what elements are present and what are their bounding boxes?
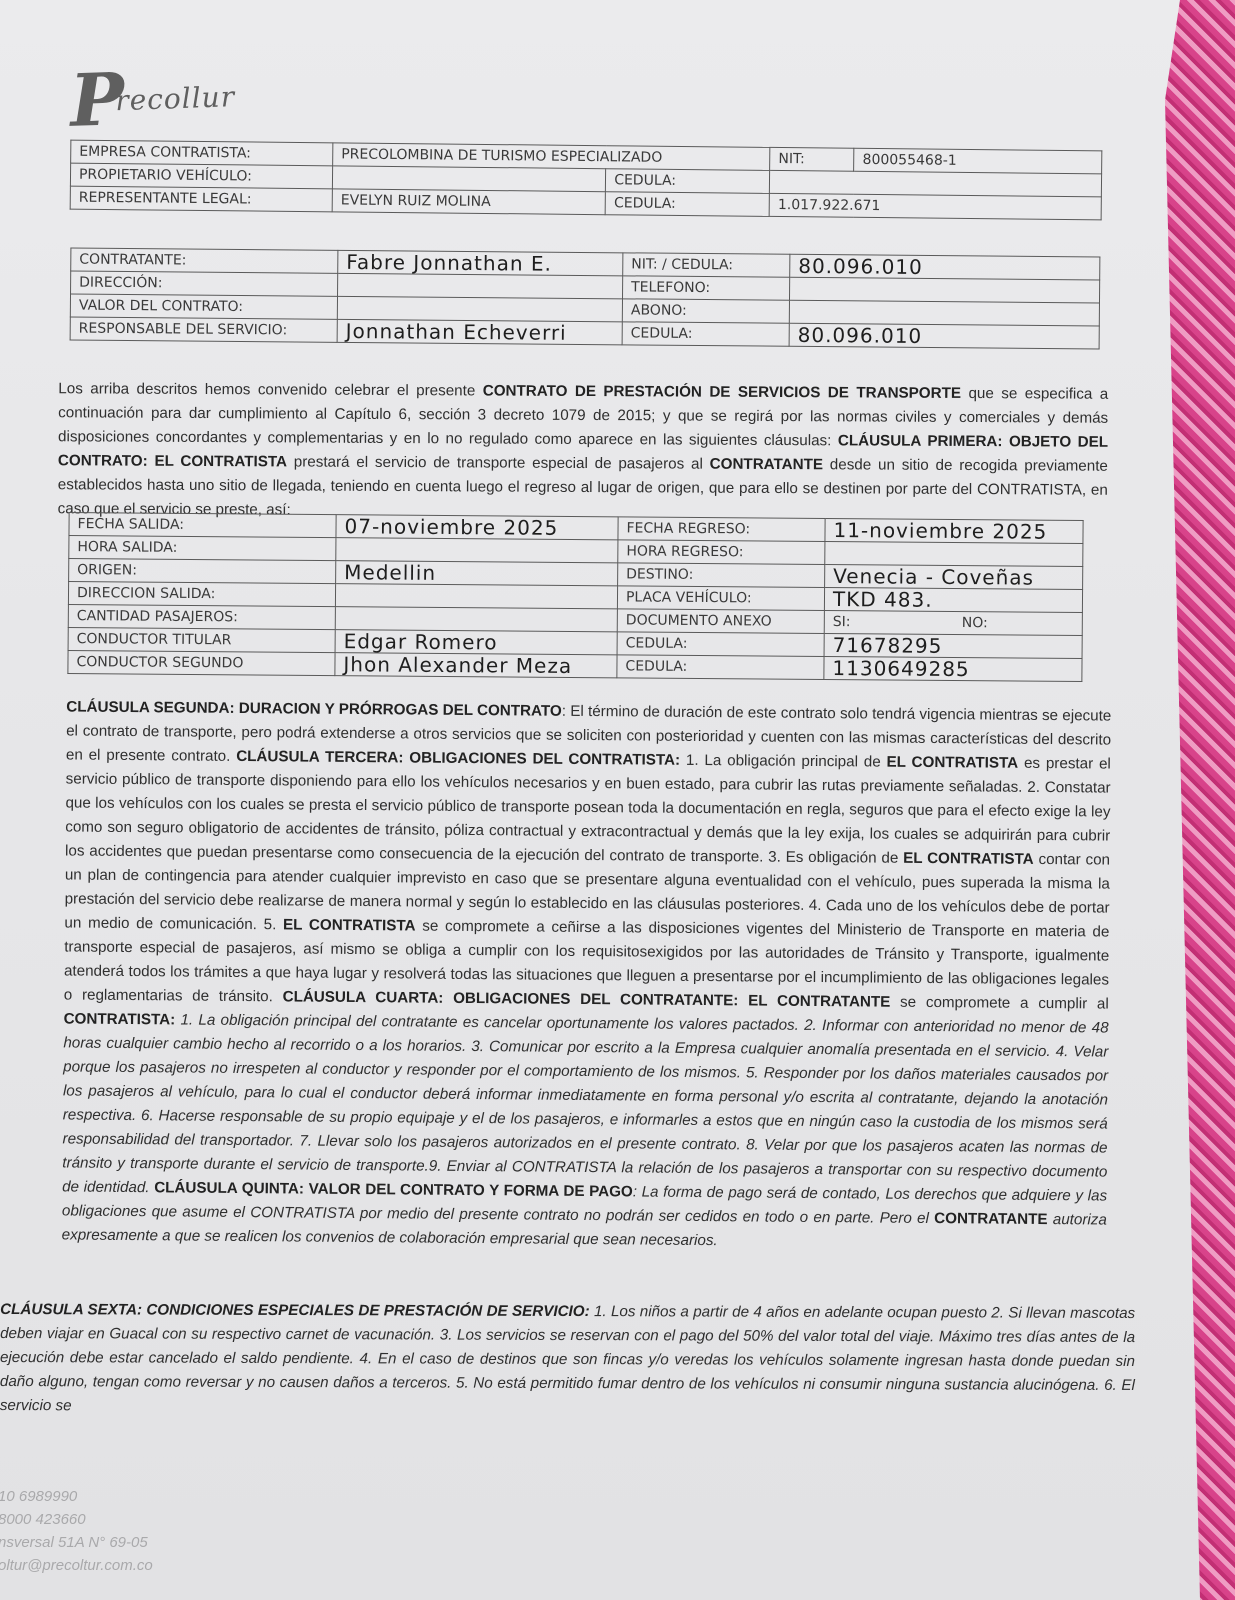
footer-phone-2: 8000 423660 — [0, 1508, 153, 1531]
footer-email: oltur@precoltur.com.co — [0, 1554, 153, 1577]
handwritten-value: Fabre Jonnathan E. — [338, 250, 623, 275]
field-value — [789, 300, 1099, 326]
field-label: CANTIDAD PASAJEROS: — [68, 605, 335, 630]
footer-contact: 10 6989990 8000 423660 nsversal 51A N° 6… — [0, 1485, 153, 1577]
clause-sixth: CLÁUSULA SEXTA: CONDICIONES ESPECIALES D… — [0, 1298, 1135, 1422]
handwritten-value — [336, 538, 618, 563]
field-label: CONDUCTOR TITULAR — [68, 628, 335, 653]
field-label: TELEFONO: — [622, 276, 789, 300]
field-label: DESTINO: — [618, 563, 825, 588]
field-label: EMPRESA CONTRATISTA: — [71, 140, 333, 166]
field-label: FECHA REGRESO: — [618, 517, 825, 542]
clause-title: CLÁUSULA TERCERA: OBLIGACIONES DEL CONTR… — [236, 748, 680, 769]
field-label: REPRESENTANTE LEGAL: — [70, 186, 332, 212]
field-value — [338, 273, 623, 298]
company-info-table: EMPRESA CONTRATISTA: PRECOLOMBINA DE TUR… — [70, 140, 1103, 221]
handwritten-value — [335, 607, 617, 632]
footer-address: nsversal 51A N° 69-05 — [0, 1531, 153, 1554]
field-label: VALOR DEL CONTRATO: — [70, 294, 337, 319]
field-value: 1.017.922.671 — [769, 193, 1101, 219]
field-value — [332, 166, 605, 192]
field-value — [789, 277, 1099, 303]
handwritten-value: 80.096.010 — [790, 254, 1100, 280]
clause-title: CLÁUSULA SEGUNDA: DURACION Y PRÓRROGAS D… — [66, 698, 562, 719]
field-label: CONTRATANTE: — [71, 248, 338, 273]
clauses-section: CLÁUSULA SEGUNDA: DURACION Y PRÓRROGAS D… — [62, 695, 1112, 1256]
clause-title: CLÁUSULA SEXTA: CONDICIONES ESPECIALES D… — [0, 1301, 590, 1320]
handwritten-value — [335, 584, 617, 609]
field-label: RESPONSABLE DEL SERVICIO: — [70, 317, 337, 342]
field-label: PROPIETARIO VEHÍCULO: — [70, 163, 332, 189]
field-value — [337, 296, 622, 321]
field-label: HORA SALIDA: — [69, 536, 336, 561]
field-label: NIT: / CEDULA: — [623, 253, 790, 277]
handwritten-value: Edgar Romero — [335, 630, 617, 655]
clause-title: CLÁUSULA QUINTA: VALOR DEL CONTRATO Y FO… — [154, 1179, 633, 1200]
company-logo: Precollur — [69, 52, 237, 143]
contract-page: Precollur EMPRESA CONTRATISTA: PRECOLOMB… — [0, 0, 1200, 1600]
handwritten-value: 1130649285 — [824, 656, 1082, 681]
field-label: CEDULA: — [622, 322, 789, 346]
handwritten-value: 11-noviembre 2025 — [825, 518, 1083, 543]
footer-phone: 10 6989990 — [0, 1485, 153, 1508]
annex-yes-no: SI: NO: — [824, 610, 1082, 635]
clause-title: CLÁUSULA CUARTA: OBLIGACIONES DEL CONTRA… — [283, 988, 891, 1010]
handwritten-value — [825, 541, 1083, 566]
field-label: CEDULA: — [617, 655, 824, 680]
field-label: DOCUMENTO ANEXO — [617, 609, 824, 634]
field-label: DIRECCION SALIDA: — [68, 582, 335, 607]
client-info-table: CONTRATANTE: Fabre Jonnathan E. NIT: / C… — [70, 248, 1101, 350]
handwritten-value: Jonnathan Echeverri — [337, 319, 622, 344]
field-label: CEDULA: — [605, 192, 769, 217]
handwritten-value: 71678295 — [824, 633, 1082, 658]
field-label: ABONO: — [622, 299, 789, 323]
field-label: NIT: — [770, 147, 854, 171]
field-label: CONDUCTOR SEGUNDO — [68, 651, 335, 676]
handwritten-value: 07-noviembre 2025 — [336, 515, 618, 540]
handwritten-value: Venecia - Coveñas — [825, 564, 1083, 589]
handwritten-value: 80.096.010 — [789, 323, 1099, 349]
handwritten-value: Medellin — [336, 561, 618, 586]
trip-details-table: FECHA SALIDA:07-noviembre 2025FECHA REGR… — [67, 512, 1083, 682]
field-value: EVELYN RUIZ MOLINA — [332, 189, 605, 215]
field-label: CEDULA: — [606, 169, 770, 194]
field-label: FECHA SALIDA: — [69, 513, 336, 538]
field-value — [770, 170, 1102, 196]
field-label: CEDULA: — [617, 632, 824, 657]
handwritten-value: Jhon Alexander Meza — [335, 653, 617, 678]
field-label: DIRECCIÓN: — [71, 271, 338, 296]
intro-paragraph: Los arriba descritos hemos convenido cel… — [58, 377, 1109, 526]
handwritten-value: TKD 483. — [824, 587, 1082, 612]
field-label: PLACA VEHÍCULO: — [617, 586, 824, 611]
field-value: 800055468-1 — [854, 148, 1102, 174]
field-label: HORA REGRESO: — [618, 540, 825, 565]
field-label: ORIGEN: — [69, 559, 336, 584]
